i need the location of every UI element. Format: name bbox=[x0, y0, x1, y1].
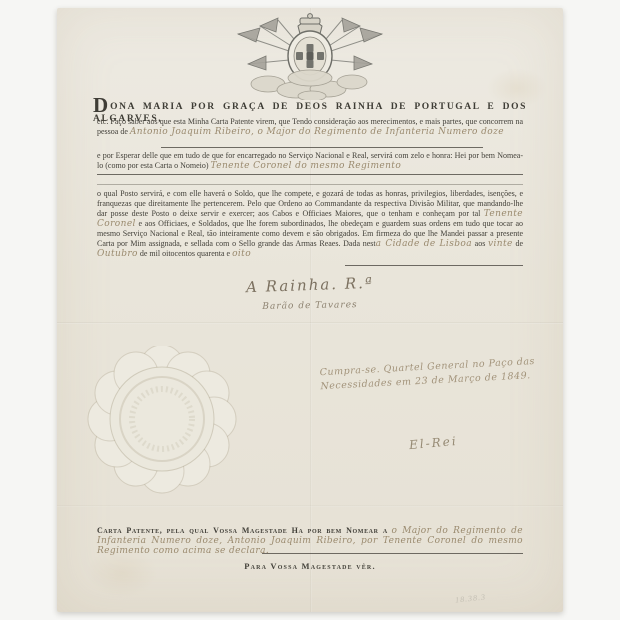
printed-text: de bbox=[515, 239, 523, 248]
commander-signature: El-Rei bbox=[408, 434, 458, 452]
printed-text: de mil oitocentos quarenta e bbox=[140, 249, 230, 258]
intro-paragraph: etc. Faço saber aos que esta Minha Carta… bbox=[97, 117, 523, 137]
handwritten-day: vinte bbox=[488, 239, 513, 249]
fill-in-rule bbox=[97, 184, 523, 185]
royal-coat-of-arms-icon bbox=[220, 12, 400, 105]
handwritten-rank: Tenente Coronel do mesmo Regimento bbox=[211, 161, 402, 171]
horizontal-fold-crease bbox=[57, 322, 563, 324]
horizontal-fold-crease bbox=[57, 505, 563, 507]
photo-background: DONA MARIA POR GRAÇA DE DEOS RAINHA DE P… bbox=[0, 0, 620, 620]
handwritten-place: a Cidade de Lisboa bbox=[376, 239, 472, 249]
body-paragraph: o qual Posto servirá, e com elle haverá … bbox=[97, 189, 523, 259]
footer-line: Para Vossa Magestade vêr. bbox=[57, 561, 563, 571]
handwritten-name: Antonio Joaquim Ribeiro, o Major do Regi… bbox=[130, 127, 504, 137]
cumpra-se-endorsement: Cumpra-se. Quartel General no Paço das N… bbox=[319, 354, 558, 394]
printed-text: Carta Patente, pela qual Vossa Magestade… bbox=[97, 526, 388, 535]
pencil-annotation: 18.38.3 bbox=[455, 592, 487, 604]
printed-text: o qual Posto servirá, e com elle haverá … bbox=[97, 189, 523, 218]
handwritten-month: Outubro bbox=[97, 249, 138, 259]
fill-in-rule bbox=[161, 147, 483, 148]
embossed-paper-seal-icon bbox=[81, 346, 243, 501]
handwritten-year: oito bbox=[232, 249, 251, 259]
appointment-paragraph: e por Esperar delle que em tudo de que f… bbox=[97, 151, 523, 171]
registry-paragraph: Carta Patente, pela qual Vossa Magestade… bbox=[97, 526, 523, 556]
fill-in-rule bbox=[345, 265, 523, 266]
fill-in-rule bbox=[97, 174, 523, 175]
carta-patente-document: DONA MARIA POR GRAÇA DE DEOS RAINHA DE P… bbox=[57, 8, 563, 612]
printed-text: aos bbox=[475, 239, 486, 248]
fill-in-rule bbox=[262, 553, 523, 554]
